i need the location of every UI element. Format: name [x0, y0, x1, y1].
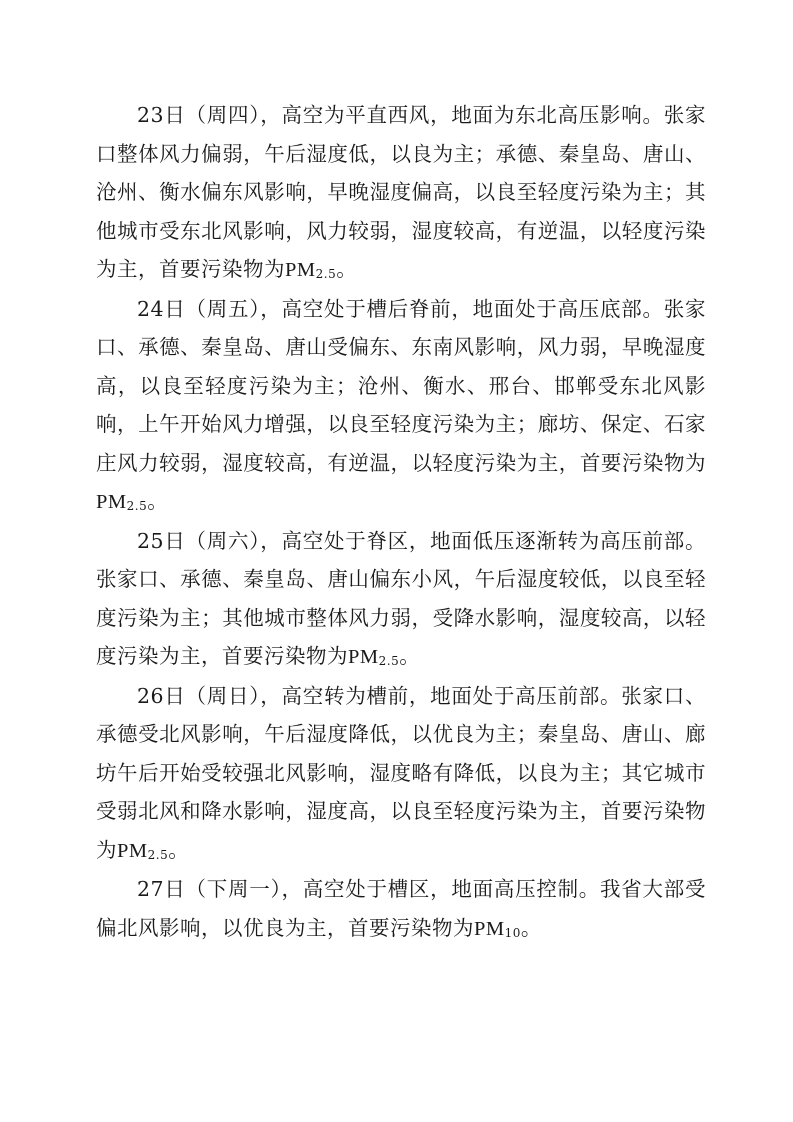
pollutant-label: PM — [348, 646, 379, 668]
pollutant-label: PM — [285, 259, 316, 281]
forecast-paragraph-24: 24日（周五），高空处于槽后脊前，地面处于高压底部。张家口、承德、秦皇岛、唐山受… — [96, 290, 706, 522]
forecast-paragraph-26: 26日（周日），高空转为槽前，地面处于高压前部。张家口、承德受北风影响，午后湿度… — [96, 677, 706, 871]
forecast-paragraph-23: 23日（周四），高空为平直西风，地面为东北高压影响。张家口整体风力偏弱，午后湿度… — [96, 96, 706, 290]
document-page: 23日（周四），高空为平直西风，地面为东北高压影响。张家口整体风力偏弱，午后湿度… — [96, 96, 706, 948]
pollutant-label: PM — [117, 840, 148, 862]
forecast-paragraph-25: 25日（周六），高空处于脊区，地面低压逐渐转为高压前部。张家口、承德、秦皇岛、唐… — [96, 522, 706, 677]
forecast-paragraph-27: 27日（下周一），高空处于槽区，地面高压控制。我省大部受偏北风影响，以优良为主，… — [96, 870, 706, 948]
pollutant-label: PM — [474, 918, 505, 940]
pollutant-label: PM — [96, 491, 127, 513]
